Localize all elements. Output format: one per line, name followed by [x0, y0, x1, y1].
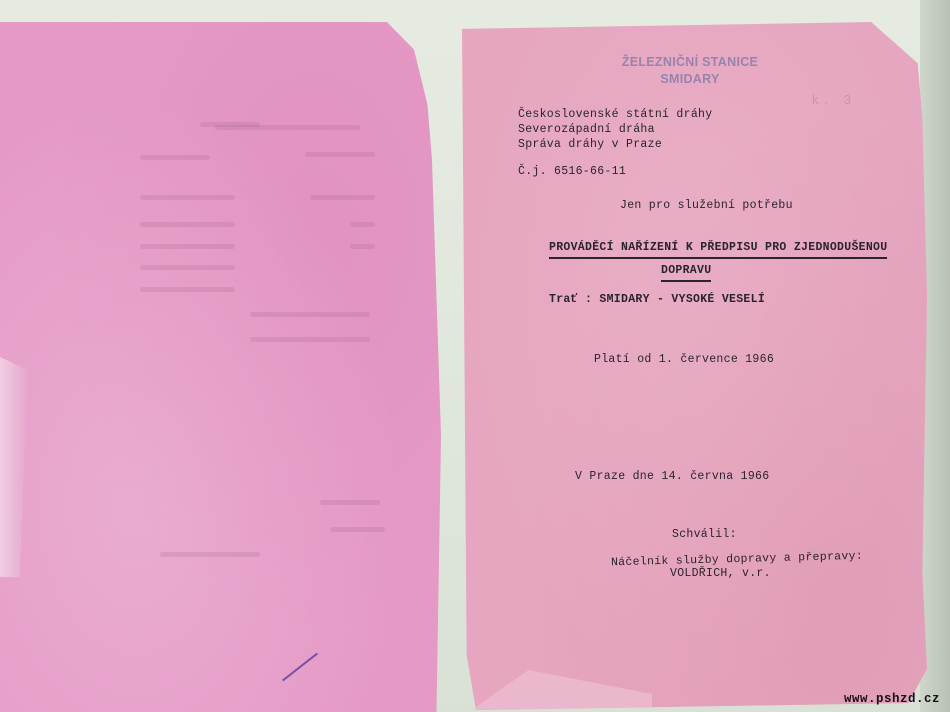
bleed-through-text: [160, 552, 260, 557]
bleed-through-text: [320, 500, 380, 505]
site-watermark: www.pshzd.cz: [844, 692, 940, 706]
left-document-sheet: [0, 22, 450, 712]
document-title-line-2: DOPRAVU: [661, 264, 711, 282]
bleed-through-text: [140, 155, 210, 160]
bleed-through-text: [140, 287, 235, 292]
folded-corner: [0, 357, 28, 577]
bleed-through-text: [140, 244, 235, 249]
stamp-line-2: SMIDARY: [610, 71, 770, 88]
bleed-through-text: [330, 527, 385, 532]
bleed-through-text: [140, 195, 235, 200]
header-line-3: Správa dráhy v Praze: [518, 138, 662, 151]
bleed-through-text: [250, 312, 370, 317]
header-line-2: Severozápadní dráha: [518, 123, 655, 136]
place-and-date: V Praze dne 14. června 1966: [575, 470, 769, 483]
document-title-line-1: PROVÁDĚCÍ NAŘÍZENÍ K PŘEDPISU PRO ZJEDNO…: [549, 241, 887, 259]
bleed-through-text: [215, 125, 360, 130]
folded-corner: [462, 670, 652, 710]
classification-note: Jen pro služební potřebu: [620, 199, 793, 212]
stamp-line-1: ŽELEZNIČNÍ STANICE: [610, 54, 770, 71]
route-line: Trať : SMIDARY - VYSOKÉ VESELÍ: [549, 293, 765, 306]
bleed-through-text: [350, 222, 375, 227]
bleed-through-text: [140, 265, 235, 270]
station-stamp: ŽELEZNIČNÍ STANICE SMIDARY: [610, 54, 770, 88]
reference-number: Č.j. 6516-66-11: [518, 165, 626, 178]
header-line-1: Československé státní dráhy: [518, 108, 712, 121]
approver-name: VOLDŘICH, v.r.: [670, 567, 771, 580]
bleed-through-text: [305, 152, 375, 157]
bleed-through-text: [350, 244, 375, 249]
bleed-through-text: [250, 337, 370, 342]
red-handwritten-mark: k. 3: [812, 92, 857, 107]
valid-from: Platí od 1. července 1966: [594, 353, 774, 366]
bleed-through-text: [310, 195, 375, 200]
bleed-through-text: [140, 222, 235, 227]
approved-label: Schválil:: [672, 528, 737, 541]
